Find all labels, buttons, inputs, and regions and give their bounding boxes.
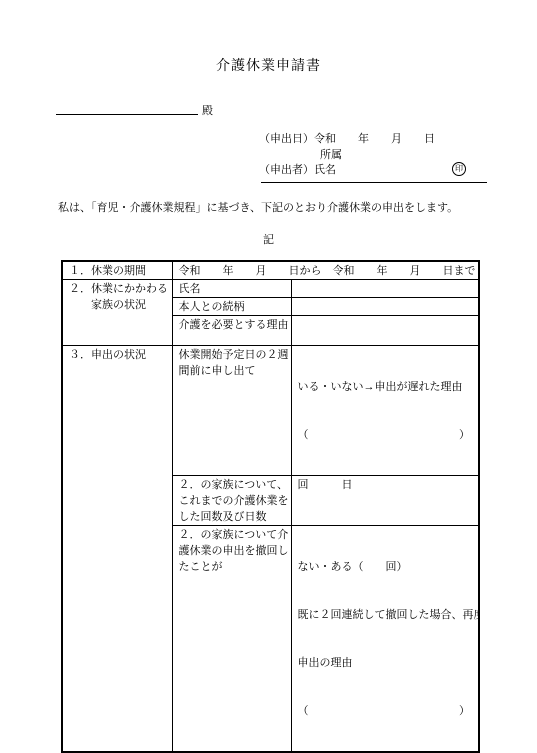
care-reason-label-cell: 介護を必要とする理由	[172, 316, 291, 346]
family-name-fill-cell	[291, 280, 479, 298]
table-row: １．休業の期間 令和 年 月 日から 令和 年 月 日まで	[62, 261, 479, 280]
notice-options-text: いる・いない→申出が遅れた理由	[298, 379, 477, 395]
application-table: １．休業の期間 令和 年 月 日から 令和 年 月 日まで ２．休業にかかわる …	[61, 260, 480, 753]
withdrawal-value-cell: ない・ある（ 回） 既に２回連続して撤回した場合、再度 申出の理由 （ ）	[291, 526, 479, 753]
withdrawal-options-text: ない・ある（ 回）	[298, 559, 477, 575]
withdrawal-reason-label: 申出の理由	[298, 655, 477, 671]
two-week-notice-value-cell: いる・いない→申出が遅れた理由 （ ）	[291, 346, 479, 476]
period-value-cell: 令和 年 月 日から 令和 年 月 日まで	[172, 261, 479, 280]
reason-paren-row: （ ）	[298, 427, 477, 443]
paren-close: ）	[459, 703, 470, 719]
family-section-label-cell: ２．休業にかかわる 家族の状況	[62, 280, 172, 346]
applicant-name-underline	[261, 168, 487, 183]
period-label-cell: １．休業の期間	[62, 261, 172, 280]
withdrawal-label-cell: ２．の家族について介 護休業の申出を撤回し たことが	[172, 526, 291, 753]
intro-text: 私は、「育児・介護休業規程」に基づき、下記のとおり介護休業の申出をします。	[58, 199, 458, 215]
table-row: ２．休業にかかわる 家族の状況 氏名	[62, 280, 479, 298]
two-week-notice-label-cell: 休業開始予定日の２週 間前に申し出て	[172, 346, 291, 476]
application-section-label-cell: ３．申出の状況	[62, 346, 172, 753]
relationship-label-cell: 本人との続柄	[172, 298, 291, 316]
previous-leave-count-cell: 回 日	[291, 476, 479, 526]
relationship-fill-cell	[291, 298, 479, 316]
paren-open: （	[298, 703, 309, 719]
application-date-line: （申出日）令和 年 月 日	[259, 133, 435, 146]
withdrawal-note-text: 既に２回連続して撤回した場合、再度	[298, 607, 477, 623]
paren-close: ）	[459, 427, 470, 443]
section-marker: 記	[0, 231, 537, 247]
paren-open: （	[298, 427, 309, 443]
addressee-underline	[56, 100, 198, 115]
withdrawal-paren-row: （ ）	[298, 703, 477, 719]
family-name-label-cell: 氏名	[172, 280, 291, 298]
previous-leave-label-cell: ２．の家族について、 これまでの介護休業を した回数及び日数	[172, 476, 291, 526]
document-title: 介護休業申請書	[0, 55, 537, 75]
table-row: ３．申出の状況 休業開始予定日の２週 間前に申し出て いる・いない→申出が遅れた…	[62, 346, 479, 476]
affiliation-label: 所属	[320, 149, 342, 162]
addressee-suffix: 殿	[202, 102, 213, 118]
care-reason-fill-cell	[291, 316, 479, 346]
